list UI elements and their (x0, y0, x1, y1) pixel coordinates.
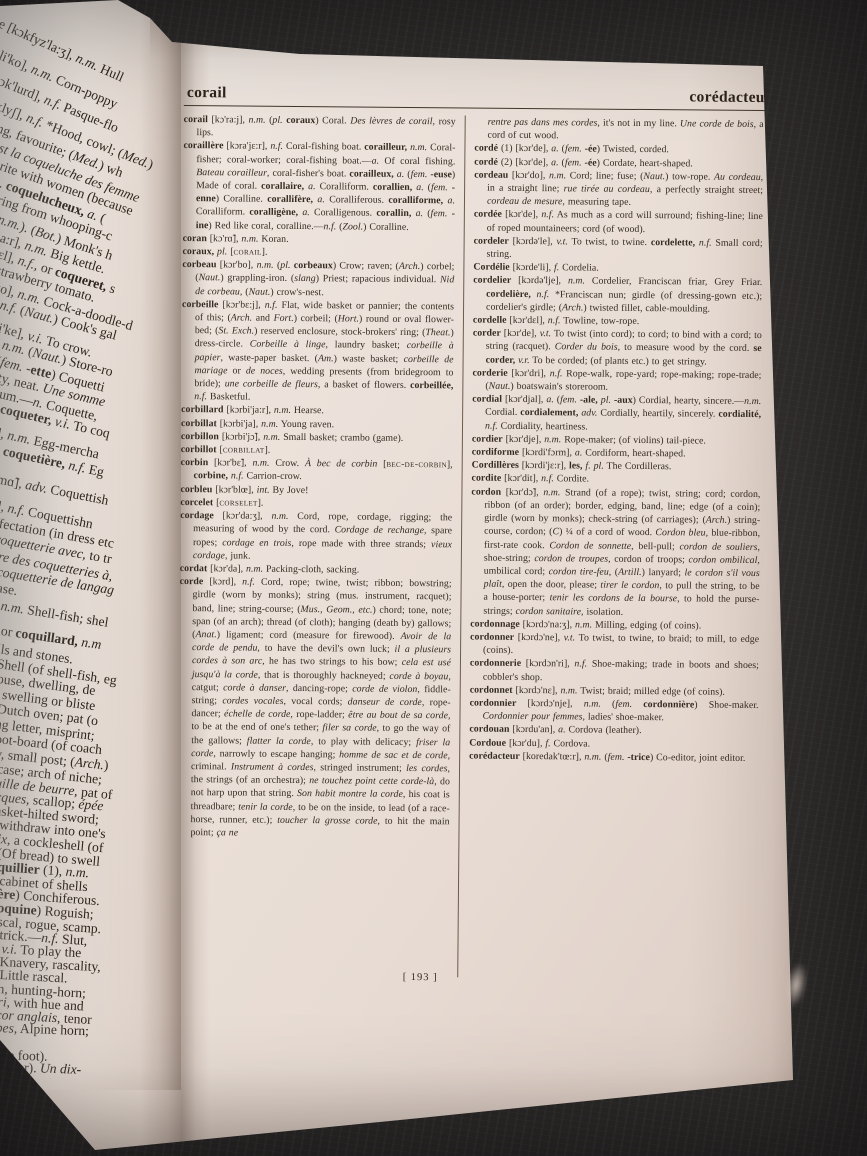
fragment-line: y, small post; (Arch.) (0, 747, 109, 773)
text-segment: , vocal cords; (283, 696, 347, 708)
text-segment: tenir les cordons de la bourse (550, 593, 678, 605)
text-segment (21, 360, 28, 375)
text-segment: Une somme (41, 380, 107, 409)
text-segment: n.m. (1, 337, 27, 357)
text-segment: [ (377, 459, 386, 470)
text-segment: Small basket; crambo (game). (280, 432, 403, 444)
text-segment: corallifère, (267, 194, 313, 205)
fragment-line: (n.m.). (Bot.) Monk's h (0, 211, 114, 263)
text-segment: corderie (472, 367, 507, 378)
text-segment: ( (95, 209, 107, 226)
text-segment: Naut. (489, 381, 511, 392)
text-segment: , stringed instrument; (313, 762, 406, 774)
dictionary-entry: corbeau [kɔr'bo], n.m. (pl. corbeaux) Cr… (182, 258, 454, 300)
text-segment: ing, favourite; ( (0, 119, 76, 162)
text-segment: Cordelier, Franciscan friar, Grey Friar. (585, 276, 762, 289)
text-segment: corbeau (182, 259, 216, 270)
text-segment: Cordova (leather). (566, 725, 642, 737)
text-segment: corallaire, (261, 181, 304, 192)
fragment-line: cor anglais, tenor (0, 1008, 92, 1027)
text-segment: s (105, 280, 118, 297)
text-segment: [kɔr'da], (207, 563, 246, 574)
text-segment: cordon de troupes (534, 553, 608, 565)
text-segment: , pat of (74, 783, 113, 802)
text-segment: cordon ombilical (689, 554, 758, 566)
dictionary-entry: cordelier [kɔrdə'lje], n.m. Cordelier, F… (473, 274, 762, 316)
text-segment: flatter la corde (247, 735, 311, 747)
dictionary-entry: corderie [kɔr'dri], n.f. Rope-walk, rope… (472, 366, 761, 395)
text-segment: cordelle (473, 315, 507, 326)
text-segment: corail (233, 246, 261, 257)
text-segment: [kɔrbi'ja:r], (224, 405, 274, 416)
fragment-line: v.i. To play the (1, 942, 81, 960)
text-segment: corbleu (180, 484, 212, 495)
text-segment: ) grappling-iron. ( (220, 273, 294, 285)
text-segment: , to have the devil's own luck; (257, 643, 394, 655)
text-segment: Fort. (274, 313, 294, 324)
running-heads: corail corédacteur (184, 84, 776, 107)
text-segment: 'mɑ̃], (0, 471, 27, 492)
dictionary-entry: corbeille [kɔr'bɛ:j], n.f. Flat, wide ba… (181, 298, 454, 406)
text-segment: Coquettishn (24, 503, 95, 531)
text-segment: Des lèvres de corail (350, 115, 432, 127)
text-segment: -ée (585, 144, 597, 155)
fragment-line: rɛl], n.f., or coqueret, s (0, 246, 117, 296)
fragment-line: strawberry tomato. (0, 263, 97, 305)
text-segment: pes (0, 1020, 14, 1036)
text-segment: cordonnerie (470, 658, 521, 669)
text-segment: adv. (24, 477, 48, 496)
text-segment: Slut, (58, 931, 88, 948)
text-segment: corbine, (194, 471, 229, 482)
fragment-line: na:r], n.m. Big kettle. (0, 229, 107, 276)
text-segment: ], (0, 425, 9, 442)
dictionary-entry: cordon [kɔr'dɔ̃], n.m. Strand (of a rope… (470, 485, 760, 620)
text-segment: Med. (120, 147, 151, 171)
text-segment: [kɔr'du], (506, 737, 545, 748)
text-segment: Cordially, heartily, sincerely. (597, 408, 718, 420)
text-segment: rue tirée au cordeau (564, 183, 650, 195)
text-segment: Coralliform. (196, 207, 250, 218)
text-segment: ; swelling or bliste (0, 686, 96, 713)
text-segment: Cordova. (551, 738, 591, 749)
text-segment: oquine (0, 900, 37, 918)
text-segment: ) Coquetti (50, 367, 107, 395)
text-segment: [kɔrde'li], (510, 262, 554, 273)
text-segment: cordat (180, 563, 208, 574)
text-segment: n.f. (6, 500, 26, 518)
text-segment: cordite (472, 473, 502, 484)
text-segment: v.t. (564, 632, 576, 643)
text-segment: Crow. (270, 458, 306, 469)
text-segment: ( (23, 343, 34, 359)
text-segment: Hort. (338, 313, 359, 324)
dictionary-entry: cordonner [kɔrdɔ'ne], v.t. To twist, to … (470, 630, 759, 659)
text-segment: , rope-ladder; (290, 709, 348, 721)
fragment-line: pes, Alpine horn; (0, 1021, 89, 1038)
text-segment: Cordelia. (559, 263, 599, 274)
fragment-line: ko], n.m. Cock-a-doodle-d (0, 280, 134, 333)
text-segment: Theat. (425, 327, 450, 338)
text-segment: tirer le cordon (600, 580, 659, 592)
text-segment: n.f. (537, 289, 550, 300)
text-segment: n.m. (6, 427, 32, 447)
text-segment: [kɔrdə'lje], (511, 275, 568, 286)
text-segment: cordelette, (651, 237, 695, 248)
text-segment: cordeau de mesure (487, 196, 563, 208)
text-segment: [kɔrdɔ'nɛ], (513, 685, 561, 696)
text-segment: Artill. (618, 567, 642, 578)
page-top-shading (150, 0, 867, 60)
text-segment: les, (569, 461, 583, 472)
text-segment: être au bout de sa corde (348, 710, 448, 722)
text-segment: ) Cordial, hearty, sincere.— (633, 395, 745, 407)
dictionary-entry: cordeler [kɔrdə'le], v.t. To twist, to t… (473, 234, 762, 263)
text-segment: , or (33, 258, 58, 279)
text-segment: toucher la grosse corde (277, 815, 377, 827)
dictionary-entry: corder [kɔr'de], v.t. To twist (into cor… (473, 327, 762, 369)
text-segment: Anat. (195, 629, 216, 640)
text-segment: ( (423, 209, 431, 220)
fragment-line: tty, neat. Une somme (0, 370, 107, 409)
text-segment: fem. (565, 157, 582, 168)
text-segment: n.f. (24, 110, 46, 130)
dictionary-entry: cordage [kɔr'da:ʒ], n.m. Cord, rope, cor… (180, 509, 452, 564)
text-segment: , ladies' shoe-maker. (582, 712, 664, 724)
fragment-line: oot-board (of coach (0, 732, 103, 757)
text-segment: cordouan (469, 724, 509, 735)
text-segment: cordelier (473, 275, 511, 286)
text-segment: Dutch oven; pat (o (0, 701, 99, 728)
text-segment: [kɔrdə'le], (509, 236, 557, 247)
fragment-line: 'klyʃ], n.f. *Hood, cowl; (Med.) (0, 98, 155, 172)
fragment-line: ère) Conchiferous. (0, 887, 100, 908)
text-segment: Naut. (249, 286, 271, 297)
text-segment: *Hood, cowl; ( (41, 116, 126, 161)
text-segment: Shell (of shell-fish, eg (0, 656, 118, 688)
dictionary-entry: rentre pas dans mes cordes, it's not in … (475, 116, 764, 145)
text-segment: cordiforme (472, 447, 519, 458)
text-segment: or (227, 365, 245, 376)
text-segment: the foot). (0, 1047, 48, 1064)
text-segment: ) tow-rope. (665, 171, 714, 182)
text-segment: n.f. (231, 471, 244, 482)
text-segment: corde à danser (223, 682, 286, 694)
text-segment: corde à boyau (389, 670, 448, 682)
text-segment: fem. (560, 395, 577, 406)
text-segment: n.f. (265, 300, 278, 311)
text-segment: fem. (0, 354, 25, 374)
text-segment: cordeau (474, 169, 508, 180)
text-segment: -ée (585, 157, 597, 168)
text-segment: . (0, 442, 5, 458)
text-segment: Cord; line; fuse; ( (566, 170, 643, 182)
text-segment: , waste-paper basket. ( (220, 352, 318, 364)
text-segment: n.m. (23, 238, 50, 259)
text-segment: coquelucheux, (4, 178, 87, 219)
text-segment: [kɔrdi'jɛ:r], (519, 460, 569, 471)
text-segment: ) wh (97, 158, 125, 180)
text-segment: ) reserved enclosure, stock-brokers' rin… (254, 326, 425, 338)
fragment-line: coquetterie avec, to tr (0, 532, 113, 566)
left-page-strip: ge [kɔkfyz'la:ʒ], n.m. Hullkli'ko], n.m.… (0, 0, 181, 1090)
text-segment: sum.— (0, 385, 35, 409)
text-segment: , dancing-rope; (286, 683, 352, 695)
text-segment: [kɔrdɔ'nje], (516, 698, 583, 710)
text-segment: pl. (217, 246, 227, 257)
text-segment: St. Exch. (218, 326, 254, 337)
text-segment: ) Twisted, corded. (597, 144, 669, 156)
text-segment: urite with women (because (0, 156, 135, 218)
text-segment: [kɔrdi'fɔrm], (519, 447, 575, 458)
text-segment: [kɔrbi'ja], (217, 418, 261, 429)
text-segment: , he has two strings to his bow; (262, 656, 402, 668)
text-segment: ko], (0, 279, 20, 300)
text-segment: n.m. (241, 233, 258, 244)
text-segment: n.f. (41, 930, 59, 946)
text-segment: coqueret, (53, 264, 109, 294)
text-segment: n.m. (29, 61, 56, 84)
text-segment: n.f. (242, 577, 255, 588)
fragment-line: lls and stones. (0, 642, 74, 667)
text-segment: n.f. (541, 210, 554, 221)
text-segment: [kɔrd], (203, 576, 242, 587)
fragment-line: asket-hilted sword; (0, 804, 99, 827)
text-segment (632, 699, 643, 710)
fragment-line: scal, rogue, scamp. (0, 915, 102, 936)
text-segment: n.f. (0, 297, 19, 316)
text-segment: échelle de corde (224, 709, 290, 721)
text-segment: Carrion-crow. (244, 471, 302, 483)
text-segment: ) Store-ro (60, 352, 115, 379)
text-segment: ) Priest; rapacious individual. (316, 274, 440, 286)
text-segment: n.m. (575, 619, 592, 630)
fragment-line: . coquetière, n.f. Eg (0, 443, 105, 479)
text-segment: ) Red like coral, coralline.— (208, 220, 323, 232)
column-right: rentre pas dans mes cordes, it's not in … (457, 115, 764, 980)
fragment-line: Shell (of shell-fish, eg (0, 657, 118, 688)
text-segment: a. (308, 181, 316, 192)
text-segment: n.m. (544, 434, 561, 445)
text-segment: corail (184, 114, 208, 125)
text-segment: Eg (84, 461, 105, 480)
text-segment: Corn-poppy (50, 71, 119, 112)
text-segment: ). ( (18, 219, 38, 238)
fragment-line: ing, favourite; (Med.) wh (0, 120, 125, 180)
text-segment: ne touchez point cette corde-là (309, 775, 434, 787)
text-segment: ) crow's-nest. (270, 286, 324, 297)
text-segment: n.m. (248, 115, 265, 126)
text-segment: les cordes (406, 763, 448, 774)
text-segment: épée (78, 796, 104, 813)
text-segment: Cordon de sonnette (549, 540, 631, 552)
text-segment: To be corded; (of plants etc.) to get st… (530, 355, 707, 368)
text-segment: Cordélie (473, 262, 509, 273)
text-segment: Of coral fishing. (379, 155, 455, 167)
text-segment: cordage en trois (222, 537, 291, 549)
text-segment: corédacteur (469, 750, 520, 761)
text-segment: , bell-pull; (631, 540, 679, 551)
text-segment: [kɔrdɔn'ri], (521, 658, 574, 669)
text-segment: de noces (246, 365, 283, 376)
text-segment: ère (0, 886, 16, 902)
dictionary-entry: cordonnier [kɔrdɔ'nje], n.m. (fem. cordo… (469, 696, 758, 725)
text-segment: Bateau corailleur (196, 167, 267, 179)
text-segment: corbeaux (294, 260, 333, 271)
text-segment: scal, rogue, scamp. (0, 914, 102, 936)
text-segment: na:r], (0, 228, 27, 252)
text-segment: (1), (39, 862, 66, 879)
text-segment: ) Cordate, heart-shaped. (597, 157, 693, 169)
text-segment: [kɔr'de], (501, 328, 540, 339)
text-segment: , scallop; (26, 792, 80, 812)
text-segment: Cordial. (485, 407, 520, 418)
text-segment: ) corbeil; ( (294, 313, 338, 324)
text-segment: -ette (25, 361, 54, 382)
text-segment: ]. (264, 445, 270, 456)
text-segment: rɛl], (0, 245, 21, 267)
text-segment: , to measure wood by the cord. (618, 342, 754, 354)
text-segment: n.m. (549, 170, 566, 181)
text-segment: Twist; braid; milled edge (of coins). (578, 685, 725, 697)
text-segment: cordonnet (470, 684, 513, 695)
text-segment: cordonnage (470, 618, 520, 629)
text-segment: a. (86, 206, 101, 224)
text-segment: Son habit montre la corde (297, 788, 403, 800)
text-segment: n.m. (584, 751, 601, 762)
text-segment: coqueter, (0, 401, 54, 427)
text-segment: ) twisted fillet, cable-moulding. (583, 302, 710, 314)
text-segment: v.t. (540, 328, 552, 339)
text-segment: pl. (272, 115, 282, 126)
text-segment: case; arch of niche; (0, 761, 103, 787)
text-segment: , to play with delicacy; (311, 736, 416, 748)
text-segment: Koran. (258, 233, 288, 244)
text-segment: ça ne (216, 827, 238, 838)
text-segment: n.m. (252, 458, 269, 469)
text-segment: ) Monk's h (55, 230, 115, 262)
text-segment: ri (0, 994, 7, 1009)
text-segment: trick.— (0, 927, 42, 945)
fragment-line: case; arch of niche; (0, 762, 103, 787)
text-segment: [kɔrdu'an], (509, 724, 558, 735)
text-segment: , with hue and (6, 994, 84, 1013)
text-segment: , isolation. (581, 606, 623, 617)
fragment-line: ). coquelucheux, a. ( (0, 175, 107, 226)
text-segment: cabinet of shells (0, 873, 88, 894)
text-segment: [kɔr'bɛ:j], (218, 299, 264, 310)
text-segment: ) (103, 757, 109, 772)
text-segment: Naut. (23, 304, 56, 326)
text-segment: n.m. (568, 276, 585, 287)
fragment-line: n, hunting-horn; (0, 982, 86, 1001)
text-segment: n.m. (74, 50, 101, 73)
fragment-line: ri, with hue and (0, 995, 84, 1013)
text-segment: Naut. (31, 345, 64, 367)
text-segment: corbin (181, 457, 209, 468)
text-segment: ) (146, 157, 156, 173)
text-segment: cordé (474, 156, 498, 167)
text-segment: , (108, 568, 114, 583)
fragment-line: coqueter, v.i. To coq (0, 402, 111, 441)
text-segment: Une corde de bois (680, 118, 754, 130)
text-segment: To crow. (41, 332, 94, 360)
text-segment: quillier (0, 859, 40, 877)
text-segment: Mus., Geom., etc. (301, 604, 373, 616)
fragment-line: 'mɑ̃], adv. Coquettish (0, 472, 110, 508)
text-segment: Arch. (74, 754, 105, 772)
text-segment: ( (15, 302, 27, 319)
text-segment: pl. (280, 260, 290, 271)
fragment-line: Little rascal. (0, 968, 68, 986)
dictionary-entry: cordonnerie [kɔrdɔn'ri], n.f. Shoe-makin… (470, 657, 759, 686)
text-segment: coran (183, 233, 207, 244)
fragment-line: or coquillard, n.m (0, 624, 102, 652)
text-segment: withdraw into one's (0, 817, 106, 841)
fragment-line: uille de beurre, pat of (0, 776, 113, 802)
text-segment: n.f. (699, 237, 712, 248)
text-segment: ( (601, 699, 616, 710)
text-segment: Coralliferous. (325, 194, 389, 206)
text-segment: ) ligament; cord (measure for firewood). (217, 629, 401, 642)
text-segment: ) Shoe-maker. (694, 699, 758, 711)
right-page: corail corédacteur corail [kɔ'ra:j], n.m… (176, 84, 776, 980)
text-segment: corbillard (181, 404, 224, 415)
text-segment: (1) [kɔr'de], (498, 143, 551, 154)
text-segment: . (0, 1033, 1, 1048)
text-segment: Corder du bois (555, 342, 618, 354)
text-segment: Cordite. (554, 474, 589, 485)
text-segment: [kɔr'da:ʒ], (214, 510, 272, 522)
text-segment: corselet (219, 497, 257, 508)
text-segment: , narrowly to escape hanging; (213, 748, 339, 760)
text-segment: ) Conchiferous. (15, 887, 100, 908)
fragment-line: antler). Un dix- (0, 1060, 81, 1077)
text-segment: corcelet (180, 497, 213, 508)
text-segment: ) ¼ of a cord of wood. (559, 527, 655, 539)
text-segment: [kɔrdɔ'na:ʒ], (520, 619, 575, 630)
fragment-line: ge [kɔkfyz'la:ʒ], n.m. Hull (0, 14, 126, 85)
text-segment: The Cordilleras. (604, 461, 672, 473)
text-segment: [kɔr'dri], (508, 368, 550, 379)
text-segment: ]. (258, 498, 264, 509)
text-segment: , to tr (82, 547, 113, 567)
fragment-line: ase. (0, 581, 19, 598)
text-segment: and (252, 313, 274, 324)
text-segment: By Jove! (270, 484, 309, 495)
text-segment: a. (317, 194, 325, 205)
text-segment: Arch. (399, 261, 420, 272)
fragment-line: ring from whooping-c (0, 193, 114, 243)
text-segment: cordialement, (520, 407, 578, 419)
fragment-line: ffectation (in dress etc (0, 516, 115, 551)
text-segment: n.f. (548, 315, 561, 326)
text-segment: n.f. (541, 474, 554, 485)
text-segment: , coral-fisher's boat. (267, 168, 350, 180)
text-segment: n.m. (16, 286, 43, 307)
text-segment: n.f. (270, 141, 283, 152)
text-segment: ge [kɔkfyz'la:ʒ], (0, 13, 80, 64)
text-segment: Bot. (33, 224, 59, 245)
text-segment: , junk. (225, 550, 251, 561)
fragment-line: (fem. -ette) Coquetti (0, 354, 106, 395)
text-segment: homme de sac et de corde (339, 749, 448, 761)
text-segment: n.f. (67, 457, 87, 475)
text-segment: cordonnière (643, 699, 694, 710)
text-segment: Corbeille à linge (250, 339, 326, 351)
text-segment: cordonnier (470, 697, 517, 708)
text-segment: [koredak'tœ:r], (520, 751, 585, 763)
